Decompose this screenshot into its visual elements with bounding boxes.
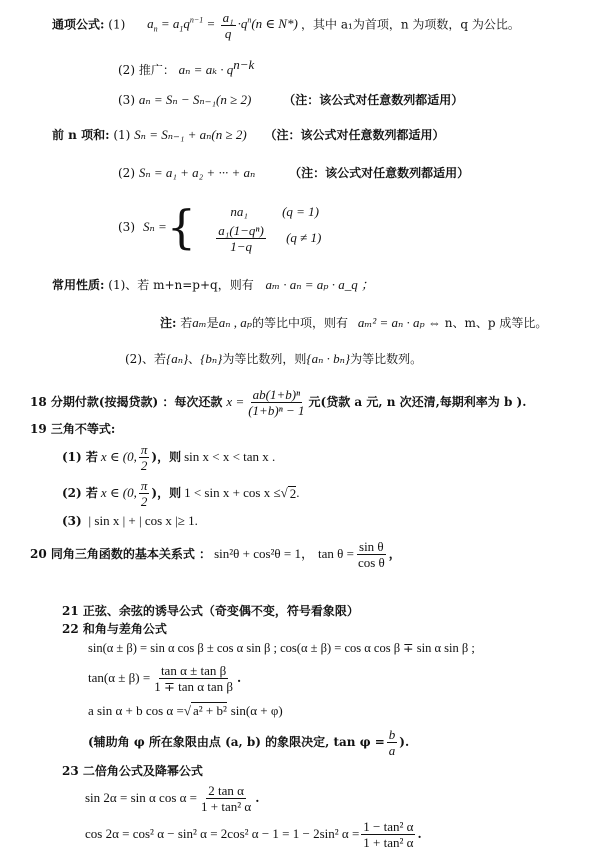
numerator: ab(1+b)ⁿ xyxy=(251,387,303,403)
formula-part: . xyxy=(417,827,421,841)
section-19-heading: 19 三角不等式: xyxy=(30,422,115,436)
sqrt-symbol: √ xyxy=(281,486,288,500)
sqrt-radicand: a² + b² xyxy=(191,702,227,718)
note-text: 若 xyxy=(180,316,192,330)
numerator: sin θ xyxy=(357,539,386,555)
formula: sin²θ + cos²θ = 1， xyxy=(214,547,314,561)
formula-rhs: sin(α + φ) xyxy=(231,703,283,718)
general-term-formula: an = a1qn−1 = a₁q·qn(n ∈ N*) xyxy=(147,16,301,31)
formula-part: n−1 xyxy=(190,16,203,25)
formula-lhs: x = xyxy=(226,395,244,409)
numerator: tan α ± tan β xyxy=(159,663,228,679)
formula-part: )，则 xyxy=(151,486,181,500)
general-term-row-2: (2) 推广： aₙ = aₖ · qn−k xyxy=(118,58,254,77)
formula-part: x ∈ (0, xyxy=(101,450,137,464)
numerator: a₁(1−qⁿ) xyxy=(216,223,266,239)
note: （注：该公式对任意数列都适用） xyxy=(265,128,445,142)
denominator: 1 + tan² α xyxy=(361,835,415,850)
numerator: π xyxy=(139,478,150,494)
formula-part: . xyxy=(255,791,259,805)
general-term-label: 通项公式: xyxy=(52,17,104,31)
section-22-heading: 22 和角与差角公式 xyxy=(62,622,167,636)
denominator: 1 + tan² α xyxy=(199,799,253,814)
fraction: ab(1+b)ⁿ(1+b)ⁿ − 1 xyxy=(246,387,306,418)
section-heading: 18 分期付款(按揭贷款) ：每次还款 xyxy=(30,395,222,409)
formula-part: (n ∈ N*) xyxy=(251,16,297,31)
case-condition: (q = 1) xyxy=(282,205,319,219)
section-19-item-1: (1) 若 x ∈ (0, π2 )，则 sin x < x < tan x . xyxy=(62,440,275,474)
properties-label: 常用性质: xyxy=(52,278,104,292)
formula-part: ·q xyxy=(238,16,248,31)
formula-lhs: cos 2α = cos² α − sin² α = 2cos² α − 1 =… xyxy=(85,827,359,841)
denominator: q xyxy=(223,26,234,41)
section-21-heading: 21 正弦、余弦的诱导公式（奇变偶不变，符号看象限） xyxy=(62,604,359,618)
auxiliary-angle-note: (辅助角 φ 所在象限由点 (a, b) 的象限决定, tan φ = ba )… xyxy=(88,724,409,760)
auxiliary-angle-formula: a sin α + b cos α =√a² + b² sin(α + φ) xyxy=(88,704,283,718)
case-2: a₁(1−qⁿ)1−q (q ≠ 1) xyxy=(196,223,321,254)
section-19-item-3: (3) | sin x | + | cos x |≥ 1. xyxy=(62,514,198,528)
property-text: 为等比数列。 xyxy=(350,352,422,366)
formula: aₘ · aₙ = aₚ · a_q ； xyxy=(266,277,374,292)
note-text: (辅助角 φ 所在象限由点 (a, b) 的象限决定, tan φ = xyxy=(88,735,385,749)
double-angle-sin: sin 2α = sin α cos α = 2 tan α1 + tan² α… xyxy=(85,780,259,816)
properties-row-1: 常用性质: (1)、若 m+n=p+q，则有 aₘ · aₙ = aₚ · a_… xyxy=(52,278,374,292)
general-term-row-1: 通项公式: (1) an = a1qn−1 = a₁q·qn(n ∈ N*) ，… xyxy=(52,10,520,41)
piecewise-cases: na₁ (q = 1) a₁(1−qⁿ)1−q (q ≠ 1) xyxy=(196,201,321,254)
item-number: (1) 若 xyxy=(62,450,98,464)
item-number: (2) 若 xyxy=(62,486,98,500)
numerator: a₁ xyxy=(221,10,236,26)
section-heading: 20 同角三角函数的基本关系式 ： xyxy=(30,547,211,561)
numerator: b xyxy=(387,727,398,743)
item-number: (3) xyxy=(62,514,82,528)
property-text: 、 xyxy=(188,352,200,366)
note-text: ). xyxy=(399,735,409,749)
formula-lhs: a sin α + b cos α = xyxy=(88,703,184,718)
numerator: 1 − tan² α xyxy=(361,819,415,835)
denominator: a xyxy=(387,743,398,758)
sum-row-2: (2) Sₙ = a₁ + a₂ + ··· + aₙ （注：该公式对任意数列都… xyxy=(118,166,469,180)
item-number: (1) xyxy=(108,17,125,31)
note: （注：该公式对任意数列都适用） xyxy=(283,93,463,107)
formula-exponent: n−k xyxy=(233,57,254,72)
item-number: (2) xyxy=(118,166,135,180)
section-tail: 元(贷款 a 元, n 次还清,每期利率为 b ). xyxy=(309,395,527,409)
denominator: cos θ xyxy=(356,555,387,570)
formula-part: aₙ , aₚ xyxy=(219,315,252,330)
formula: Sₙ = Sₙ₋₁ + aₙ(n ≥ 2) xyxy=(134,127,247,142)
sum-label: 前 n 项和: xyxy=(52,128,110,142)
property-text: (1)、若 m+n=p+q，则有 xyxy=(108,278,253,292)
fraction: tan α ± tan β1 ∓ tan α tan β xyxy=(152,663,235,694)
fraction: π2 xyxy=(139,442,150,473)
formula-result: | sin x | + | cos x |≥ 1. xyxy=(89,513,198,528)
note-text: n、m、p 成等比。 xyxy=(445,316,548,330)
section-18: 18 分期付款(按揭贷款) ：每次还款 x = ab(1+b)ⁿ(1+b)ⁿ −… xyxy=(30,384,526,420)
numerator: π xyxy=(139,442,150,458)
item-number: (2) 推广： xyxy=(118,63,175,77)
numerator: 2 tan α xyxy=(206,783,246,799)
fraction: a₁q xyxy=(221,10,236,41)
formula-part: . xyxy=(237,671,241,685)
fraction: 1 − tan² α1 + tan² α xyxy=(361,819,415,850)
fraction: sin θcos θ xyxy=(356,539,387,570)
formula: tan θ = xyxy=(318,547,354,561)
item-number: (3) xyxy=(118,220,135,234)
formula-part: {aₙ} xyxy=(166,351,188,366)
formula-result: sin x < x < tan x . xyxy=(184,450,275,464)
general-term-row-3: (3) aₙ = Sₙ − Sₙ₋₁(n ≥ 2) （注：该公式对任意数列都适用… xyxy=(118,93,463,107)
note: （注：该公式对任意数列都适用） xyxy=(289,166,469,180)
fraction: a₁(1−qⁿ)1−q xyxy=(198,223,284,254)
item-number: (1) xyxy=(113,128,130,142)
denominator: 1−q xyxy=(228,239,254,254)
sqrt-radicand: 2 xyxy=(288,486,297,501)
note-text: 是 xyxy=(207,316,219,330)
double-angle-cos: cos 2α = cos² α − sin² α = 2cos² α − 1 =… xyxy=(85,816,422,852)
item-number: (3) xyxy=(118,93,135,107)
formula-part: {aₙ · bₙ} xyxy=(306,351,350,366)
property-text: (2)、若 xyxy=(125,352,166,366)
case-value: na₁ xyxy=(196,205,282,219)
formula-part: x ∈ (0, xyxy=(101,486,137,500)
formula-part: aₘ xyxy=(192,315,206,330)
formula-part: ， xyxy=(389,547,401,561)
formula-part: {bₙ} xyxy=(200,351,222,366)
formula: Sₙ = a₁ + a₂ + ··· + aₙ xyxy=(139,165,255,180)
case-1: na₁ (q = 1) xyxy=(196,201,321,223)
note-label: 注: xyxy=(160,316,176,330)
sum-difference-tan: tan(α ± β) = tan α ± tan β1 ∓ tan α tan … xyxy=(88,660,241,696)
fraction: 2 tan α1 + tan² α xyxy=(199,783,253,814)
formula-lhs: sin 2α = sin α cos α = xyxy=(85,791,197,805)
formula-result: 1 < sin x + cos x ≤ xyxy=(184,486,281,500)
property-text: 为等比数列，则 xyxy=(222,352,306,366)
denominator: 2 xyxy=(139,494,150,509)
brace: { xyxy=(167,204,196,250)
formula-lhs: tan(α ± β) = xyxy=(88,671,150,685)
formula: aₙ = Sₙ − Sₙ₋₁(n ≥ 2) xyxy=(139,92,252,107)
general-term-comment: ，其中 a₁为首项，n 为项数，q 为公比。 xyxy=(301,17,520,31)
fraction: π2 xyxy=(139,478,150,509)
note-text: 的等比中项，则有 xyxy=(252,316,348,330)
sqrt-symbol: √ xyxy=(184,703,191,718)
denominator: (1+b)ⁿ − 1 xyxy=(246,403,306,418)
formula-part: = a xyxy=(158,16,180,31)
formula: aₘ² = aₙ · aₚ ⇔ xyxy=(358,315,441,330)
sum-row-1: 前 n 项和: (1) Sₙ = Sₙ₋₁ + aₙ(n ≥ 2) （注：该公式… xyxy=(52,128,445,142)
case-condition: (q ≠ 1) xyxy=(286,231,321,245)
section-20: 20 同角三角函数的基本关系式 ： sin²θ + cos²θ = 1， tan… xyxy=(30,536,401,572)
sum-difference-sin-cos: sin(α ± β) = sin α cos β ± cos α sin β ;… xyxy=(88,640,475,656)
denominator: 2 xyxy=(139,458,150,473)
denominator: 1 ∓ tan α tan β xyxy=(152,679,235,694)
section-23-heading: 23 二倍角公式及降幂公式 xyxy=(62,764,203,778)
fraction: ba xyxy=(387,727,398,758)
formula-part: . xyxy=(296,486,299,500)
properties-note: 注: 若aₘ是aₙ , aₚ的等比中项，则有 aₘ² = aₙ · aₚ ⇔ n… xyxy=(160,316,547,330)
properties-row-2: (2)、若{aₙ}、{bₙ}为等比数列，则{aₙ · bₙ}为等比数列。 xyxy=(125,352,422,366)
formula-lhs: Sₙ = xyxy=(143,220,167,234)
sum-row-3: (3) Sₙ = { na₁ (q = 1) a₁(1−qⁿ)1−q (q ≠ … xyxy=(118,196,321,258)
formula: aₙ = aₖ · q xyxy=(179,62,234,77)
formula-part: )，则 xyxy=(151,450,181,464)
section-19-item-2: (2) 若 x ∈ (0, π2 )，则 1 < sin x + cos x ≤… xyxy=(62,476,300,510)
